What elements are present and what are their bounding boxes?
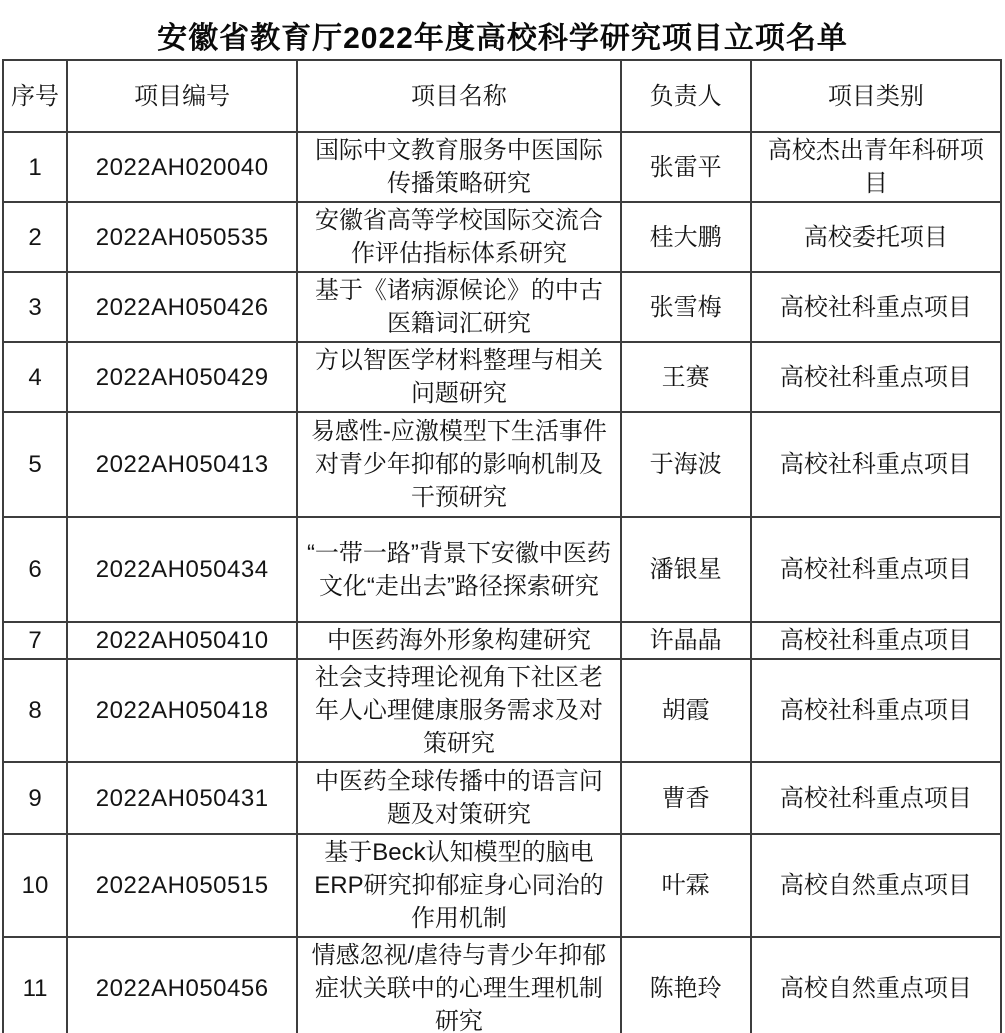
projects-table: 序号 项目编号 项目名称 负责人 项目类别 12022AH020040国际中文教… bbox=[2, 59, 1002, 1033]
cell-leader: 曹香 bbox=[621, 762, 751, 834]
cell-category: 高校社科重点项目 bbox=[751, 762, 1001, 834]
cell-seq: 9 bbox=[3, 762, 67, 834]
table-row: 22022AH050535安徽省高等学校国际交流合作评估指标体系研究桂大鹏高校委… bbox=[3, 202, 1001, 272]
cell-seq: 3 bbox=[3, 272, 67, 342]
cell-seq: 8 bbox=[3, 659, 67, 762]
cell-name: 基于Beck认知模型的脑电ERP研究抑郁症身心同治的作用机制 bbox=[297, 834, 620, 937]
cell-seq: 1 bbox=[3, 132, 67, 202]
cell-category: 高校社科重点项目 bbox=[751, 659, 1001, 762]
cell-name: 社会支持理论视角下社区老年人心理健康服务需求及对策研究 bbox=[297, 659, 620, 762]
table-body: 12022AH020040国际中文教育服务中医国际传播策略研究张雷平高校杰出青年… bbox=[3, 132, 1001, 1033]
table-header: 序号 项目编号 项目名称 负责人 项目类别 bbox=[3, 60, 1001, 132]
cell-code: 2022AH050535 bbox=[67, 202, 297, 272]
col-header-seq: 序号 bbox=[3, 60, 67, 132]
cell-leader: 王赛 bbox=[621, 342, 751, 412]
table-row: 92022AH050431中医药全球传播中的语言问题及对策研究曹香高校社科重点项… bbox=[3, 762, 1001, 834]
cell-code: 2022AH050434 bbox=[67, 517, 297, 622]
cell-code: 2022AH050426 bbox=[67, 272, 297, 342]
header-row: 序号 项目编号 项目名称 负责人 项目类别 bbox=[3, 60, 1001, 132]
cell-code: 2022AH050418 bbox=[67, 659, 297, 762]
document-page: 安徽省教育厅2022年度高校科学研究项目立项名单 序号 项目编号 项目名称 负责… bbox=[0, 0, 1005, 1033]
cell-leader: 潘银星 bbox=[621, 517, 751, 622]
cell-leader: 胡霞 bbox=[621, 659, 751, 762]
cell-code: 2022AH050410 bbox=[67, 622, 297, 659]
cell-seq: 11 bbox=[3, 937, 67, 1033]
cell-leader: 于海波 bbox=[621, 412, 751, 517]
cell-category: 高校社科重点项目 bbox=[751, 517, 1001, 622]
col-header-code: 项目编号 bbox=[67, 60, 297, 132]
table-row: 32022AH050426基于《诸病源候论》的中古医籍词汇研究张雪梅高校社科重点… bbox=[3, 272, 1001, 342]
cell-code: 2022AH050515 bbox=[67, 834, 297, 937]
page-title: 安徽省教育厅2022年度高校科学研究项目立项名单 bbox=[0, 0, 1005, 59]
cell-code: 2022AH050413 bbox=[67, 412, 297, 517]
cell-category: 高校社科重点项目 bbox=[751, 412, 1001, 517]
table-row: 72022AH050410中医药海外形象构建研究许晶晶高校社科重点项目 bbox=[3, 622, 1001, 659]
table-row: 42022AH050429方以智医学材料整理与相关问题研究王赛高校社科重点项目 bbox=[3, 342, 1001, 412]
cell-name: 情感忽视/虐待与青少年抑郁症状关联中的心理生理机制研究 bbox=[297, 937, 620, 1033]
table-row: 112022AH050456情感忽视/虐待与青少年抑郁症状关联中的心理生理机制研… bbox=[3, 937, 1001, 1033]
cell-seq: 10 bbox=[3, 834, 67, 937]
cell-category: 高校社科重点项目 bbox=[751, 622, 1001, 659]
cell-leader: 张雪梅 bbox=[621, 272, 751, 342]
cell-seq: 4 bbox=[3, 342, 67, 412]
table-row: 62022AH050434“一带一路”背景下安徽中医药文化“走出去”路径探索研究… bbox=[3, 517, 1001, 622]
col-header-leader: 负责人 bbox=[621, 60, 751, 132]
cell-leader: 陈艳玲 bbox=[621, 937, 751, 1033]
cell-leader: 桂大鹏 bbox=[621, 202, 751, 272]
col-header-category: 项目类别 bbox=[751, 60, 1001, 132]
cell-name: 基于《诸病源候论》的中古医籍词汇研究 bbox=[297, 272, 620, 342]
cell-category: 高校自然重点项目 bbox=[751, 834, 1001, 937]
cell-code: 2022AH020040 bbox=[67, 132, 297, 202]
cell-name: 国际中文教育服务中医国际传播策略研究 bbox=[297, 132, 620, 202]
cell-leader: 张雷平 bbox=[621, 132, 751, 202]
cell-name: 易感性-应激模型下生活事件对青少年抑郁的影响机制及干预研究 bbox=[297, 412, 620, 517]
cell-category: 高校自然重点项目 bbox=[751, 937, 1001, 1033]
table-row: 102022AH050515基于Beck认知模型的脑电ERP研究抑郁症身心同治的… bbox=[3, 834, 1001, 937]
cell-seq: 5 bbox=[3, 412, 67, 517]
cell-name: 方以智医学材料整理与相关问题研究 bbox=[297, 342, 620, 412]
cell-seq: 7 bbox=[3, 622, 67, 659]
cell-leader: 许晶晶 bbox=[621, 622, 751, 659]
table-row: 12022AH020040国际中文教育服务中医国际传播策略研究张雷平高校杰出青年… bbox=[3, 132, 1001, 202]
cell-seq: 2 bbox=[3, 202, 67, 272]
cell-name: 中医药全球传播中的语言问题及对策研究 bbox=[297, 762, 620, 834]
cell-leader: 叶霖 bbox=[621, 834, 751, 937]
cell-code: 2022AH050431 bbox=[67, 762, 297, 834]
cell-seq: 6 bbox=[3, 517, 67, 622]
cell-category: 高校社科重点项目 bbox=[751, 272, 1001, 342]
cell-category: 高校杰出青年科研项目 bbox=[751, 132, 1001, 202]
cell-code: 2022AH050456 bbox=[67, 937, 297, 1033]
table-row: 82022AH050418社会支持理论视角下社区老年人心理健康服务需求及对策研究… bbox=[3, 659, 1001, 762]
cell-category: 高校社科重点项目 bbox=[751, 342, 1001, 412]
cell-category: 高校委托项目 bbox=[751, 202, 1001, 272]
col-header-name: 项目名称 bbox=[297, 60, 620, 132]
cell-code: 2022AH050429 bbox=[67, 342, 297, 412]
table-row: 52022AH050413易感性-应激模型下生活事件对青少年抑郁的影响机制及干预… bbox=[3, 412, 1001, 517]
cell-name: 中医药海外形象构建研究 bbox=[297, 622, 620, 659]
cell-name: “一带一路”背景下安徽中医药文化“走出去”路径探索研究 bbox=[297, 517, 620, 622]
cell-name: 安徽省高等学校国际交流合作评估指标体系研究 bbox=[297, 202, 620, 272]
